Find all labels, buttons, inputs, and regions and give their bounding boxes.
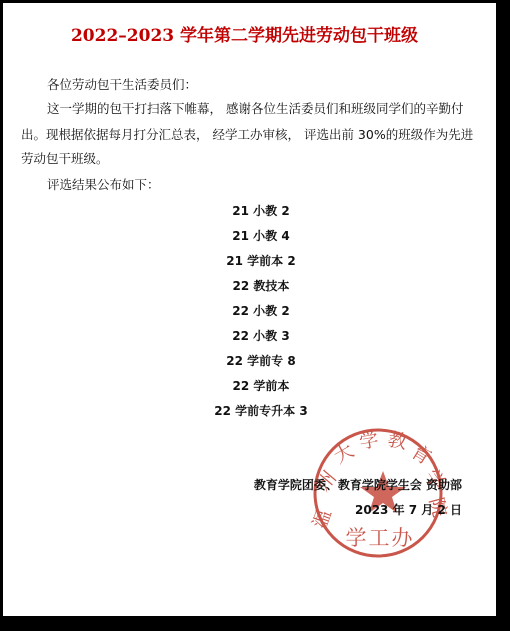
paragraph-line-3: 劳动包干班级。 [21, 151, 109, 167]
date: 2023 年 7 月 2 日 [355, 502, 462, 518]
seal-bottom-text: 学工办 [346, 526, 415, 550]
class-item: 21 学前本 2 [3, 253, 510, 269]
signature: 教育学院团委、教育学院学生会 资助部 [254, 477, 462, 493]
class-item: 22 学前本 [3, 378, 510, 394]
class-item: 22 学前专 8 [3, 353, 510, 369]
class-item: 22 小教 3 [3, 328, 510, 344]
class-item: 22 教技本 [3, 278, 510, 294]
seal-char: 教 [386, 428, 409, 453]
seal-char: 育 [407, 441, 435, 470]
salutation: 各位劳动包干生活委员们： [47, 77, 197, 93]
seal-char: 学 [358, 429, 381, 454]
seal-char: 温 [309, 506, 336, 531]
document-page: 2022–2023 学年第二学期先进劳动包干班级 各位劳动包干生活委员们： 这一… [3, 3, 496, 616]
class-item: 21 小教 2 [3, 203, 510, 219]
official-seal-icon: 温 州 大 学 教 育 学 院 学工办 [308, 423, 448, 563]
seal-char: 大 [330, 440, 357, 469]
paragraph-line-1: 这一学期的包干打扫落下帷幕， 感谢各位生活委员们和班级同学们的辛勤付 [47, 101, 463, 117]
paragraph-line-2: 出。现根据依据每月打分汇总表， 经学工办审核， 评选出前 30%的班级作为先进 [21, 127, 473, 143]
document-title: 2022–2023 学年第二学期先进劳动包干班级 [3, 21, 496, 46]
class-item: 22 学前专升本 3 [3, 403, 510, 419]
results-intro: 评选结果公布如下： [47, 177, 160, 193]
class-item: 22 小教 2 [3, 303, 510, 319]
class-item: 21 小教 4 [3, 228, 510, 244]
document-title-text: 2022–2023 学年第二学期先进劳动包干班级 [71, 21, 418, 46]
